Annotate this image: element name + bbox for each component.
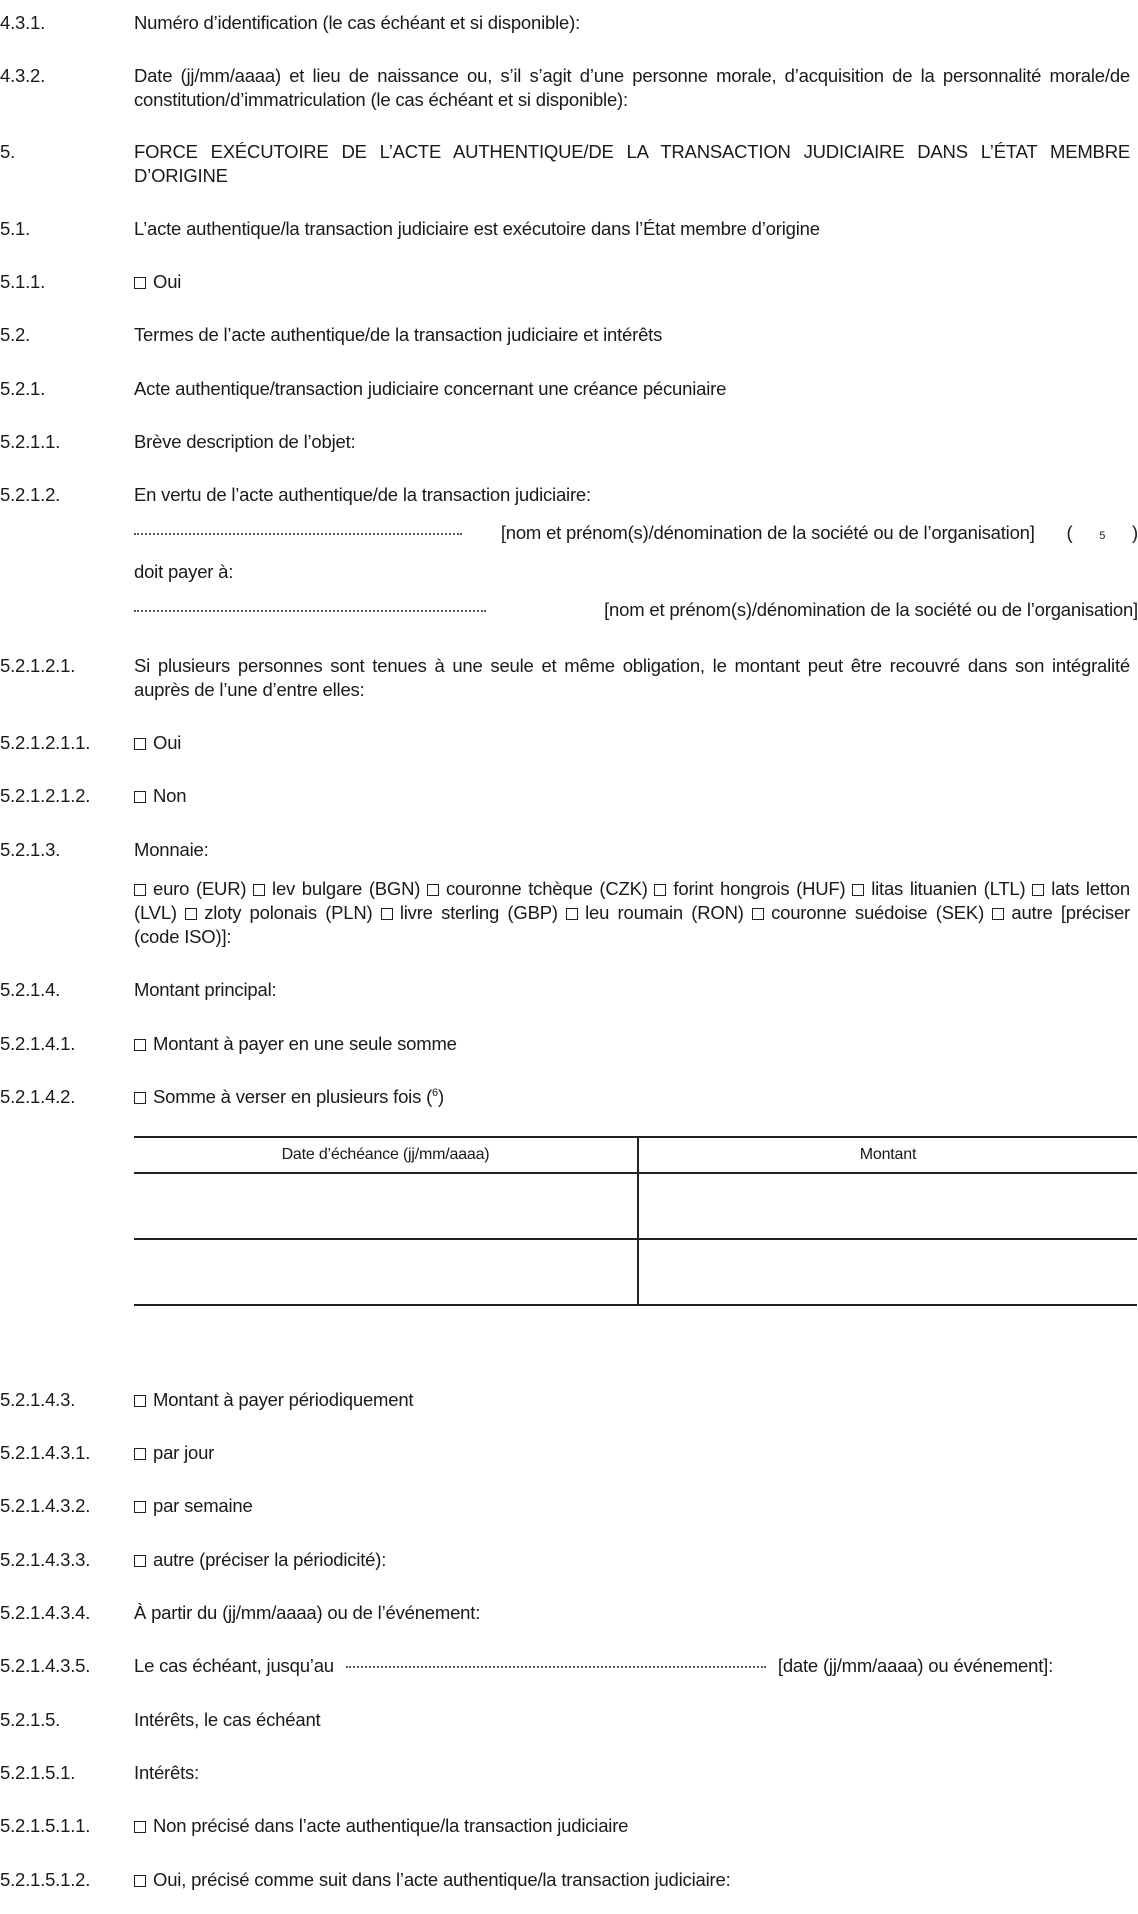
item-label: Brève description de l’objet:: [134, 431, 355, 452]
item-text: Montant à payer en une seule somme: [134, 1032, 1130, 1056]
item-number: 5.2.1.1.: [0, 430, 60, 454]
checkbox-5-2-1-4-1[interactable]: [134, 1039, 146, 1051]
checkbox-5-2-1-4-3-3[interactable]: [134, 1555, 146, 1567]
item-number: 5.2.1.4.2.: [0, 1085, 75, 1109]
currency-label: couronne tchèque (CZK): [446, 878, 648, 899]
checkbox-5-2-1-5-1-1[interactable]: [134, 1821, 146, 1833]
currency-option[interactable]: couronne suédoise (SEK): [752, 902, 984, 923]
item-text: Le cas échéant, jusqu’au[date (jj/mm/aaa…: [134, 1654, 1130, 1678]
column-header-due-date: Date d’échéance (jj/mm/aaaa): [134, 1137, 638, 1173]
party-label: [nom et prénom(s)/dénomination de la soc…: [604, 598, 1138, 622]
item-label: L’acte authentique/la transaction judici…: [134, 218, 820, 239]
item-text-after: [date (jj/mm/aaaa) ou événement]:: [778, 1654, 1053, 1678]
item-label: FORCE EXÉCUTOIRE DE L’ACTE AUTHENTIQUE/D…: [134, 141, 1130, 186]
item-number: 5.2.1.4.3.1.: [0, 1441, 90, 1465]
currency-label: couronne suédoise (SEK): [771, 902, 984, 923]
item-label: Monnaie:: [134, 839, 209, 860]
currency-label: lev bulgare (BGN): [272, 878, 420, 899]
item-number: 5.2.1.4.3.3.: [0, 1548, 90, 1572]
item-number: 5.2.1.2.1.1.: [0, 731, 90, 755]
fill-in-blank[interactable]: [134, 610, 486, 612]
item-number: 5.1.1.: [0, 270, 45, 294]
item-number: 5.2.1.5.1.1.: [0, 1814, 90, 1838]
currency-label: zloty polonais (PLN): [204, 902, 372, 923]
amount-cell[interactable]: [638, 1239, 1137, 1305]
item-label: Non: [153, 785, 186, 806]
item-number: 4.3.2.: [0, 64, 45, 88]
fill-in-blank[interactable]: [346, 1666, 766, 1668]
currency-checkbox[interactable]: [185, 908, 197, 920]
item-number: 5.2.1.4.3.4.: [0, 1601, 90, 1625]
item-text: Monnaie:: [134, 838, 1130, 862]
currency-checkbox[interactable]: [566, 908, 578, 920]
item-text: Oui, précisé comme suit dans l’acte auth…: [134, 1868, 1130, 1892]
item-text: Intérêts, le cas échéant: [134, 1708, 1130, 1732]
currency-option[interactable]: forint hongrois (HUF): [654, 878, 845, 899]
currency-option[interactable]: couronne tchèque (CZK): [427, 878, 648, 899]
item-text: Brève description de l’objet:: [134, 430, 1130, 454]
item-label: Si plusieurs personnes sont tenues à une…: [134, 655, 1130, 700]
item-text: Non: [134, 784, 1130, 808]
currency-checkbox[interactable]: [1032, 884, 1044, 896]
table-row: [134, 1173, 1137, 1239]
item-text: Oui: [134, 731, 1130, 755]
item-label: En vertu de l’acte authentique/de la tra…: [134, 484, 591, 505]
item-label: Montant à payer périodiquement: [153, 1389, 413, 1410]
item-text-before: Le cas échéant, jusqu’au: [134, 1654, 334, 1678]
currency-checkbox[interactable]: [752, 908, 764, 920]
item-number: 5.2.1.4.3.: [0, 1388, 75, 1412]
checkbox-5-2-1-4-3[interactable]: [134, 1395, 146, 1407]
checkbox-5-2-1-4-2[interactable]: [134, 1092, 146, 1104]
item-label: Somme à verser en plusieurs fois: [153, 1086, 421, 1107]
item-number: 5.2.1.2.1.2.: [0, 784, 90, 808]
checkbox-5-2-1-2-1-1[interactable]: [134, 738, 146, 750]
due-date-cell[interactable]: [134, 1239, 638, 1305]
currency-checkbox[interactable]: [992, 908, 1004, 920]
item-text: Montant à payer périodiquement: [134, 1388, 1130, 1412]
item-text: L’acte authentique/la transaction judici…: [134, 217, 1130, 241]
item-number: 5.2.1.: [0, 377, 45, 401]
item-label: Date (jj/mm/aaaa) et lieu de naissance o…: [134, 65, 1130, 110]
currency-label: euro (EUR): [153, 878, 246, 899]
item-label: Intérêts, le cas échéant: [134, 1709, 320, 1730]
column-header-amount: Montant: [638, 1137, 1137, 1173]
currency-checkbox[interactable]: [253, 884, 265, 896]
currency-label: leu roumain (RON): [585, 902, 744, 923]
item-number: 5.2.1.3.: [0, 838, 60, 862]
checkbox-5-2-1-4-3-1[interactable]: [134, 1448, 146, 1460]
checkbox-5-2-1-2-1-2[interactable]: [134, 791, 146, 803]
currency-checkbox[interactable]: [852, 884, 864, 896]
currency-option[interactable]: livre sterling (GBP): [381, 902, 558, 923]
item-label: Oui: [153, 732, 181, 753]
item-text: À partir du (jj/mm/aaaa) ou de l’événeme…: [134, 1601, 1130, 1625]
item-text: Montant principal:: [134, 978, 1130, 1002]
item-text: autre (préciser la périodicité):: [134, 1548, 1130, 1572]
checkbox-5-2-1-4-3-2[interactable]: [134, 1501, 146, 1513]
item-text: Termes de l’acte authentique/de la trans…: [134, 323, 1130, 347]
item-number: 5.2.1.2.: [0, 483, 60, 507]
footnote-ref[interactable]: 6: [432, 1087, 438, 1099]
item-text: Somme à verser en plusieurs fois (6): [134, 1085, 1130, 1109]
item-text: Oui: [134, 270, 1130, 294]
pay-to-label: doit payer à:: [134, 560, 1138, 584]
item-text: Acte authentique/transaction judiciaire …: [134, 377, 1130, 401]
item-number: 5.2.1.4.3.2.: [0, 1494, 90, 1518]
currency-option[interactable]: euro (EUR): [134, 878, 246, 899]
item-label: Intérêts:: [134, 1762, 199, 1783]
item-text: Intérêts:: [134, 1761, 1130, 1785]
currency-label: forint hongrois (HUF): [673, 878, 845, 899]
item-number: 5.2.1.2.1.: [0, 654, 75, 678]
creditor-line: [nom et prénom(s)/dénomination de la soc…: [134, 598, 1138, 622]
item-label: autre (préciser la périodicité):: [153, 1549, 386, 1570]
item-label: À partir du (jj/mm/aaaa) ou de l’événeme…: [134, 1602, 480, 1623]
amount-cell[interactable]: [638, 1173, 1137, 1239]
checkbox-5-1-1[interactable]: [134, 277, 146, 289]
currency-options: euro (EUR) lev bulgare (BGN) couronne tc…: [134, 877, 1130, 949]
item-text: Non précisé dans l’acte authentique/la t…: [134, 1814, 1130, 1838]
checkbox-5-2-1-5-1-2[interactable]: [134, 1875, 146, 1887]
item-label: Termes de l’acte authentique/de la trans…: [134, 324, 662, 345]
item-label: Numéro d’identification (le cas échéant …: [134, 12, 580, 33]
item-label: Montant à payer en une seule somme: [153, 1033, 457, 1054]
item-text: par jour: [134, 1441, 1130, 1465]
item-number: 5.2.1.5.: [0, 1708, 60, 1732]
party-label: [nom et prénom(s)/dénomination de la soc…: [501, 521, 1035, 545]
currency-option[interactable]: lev bulgare (BGN): [253, 878, 420, 899]
currency-checkbox[interactable]: [654, 884, 666, 896]
currency-option[interactable]: zloty polonais (PLN): [185, 902, 372, 923]
due-date-cell[interactable]: [134, 1173, 638, 1239]
item-label: par semaine: [153, 1495, 253, 1516]
item-text: Numéro d’identification (le cas échéant …: [134, 11, 1130, 35]
item-text: FORCE EXÉCUTOIRE DE L’ACTE AUTHENTIQUE/D…: [134, 140, 1130, 188]
table-header-row: Date d’échéance (jj/mm/aaaa) Montant: [134, 1137, 1137, 1173]
currency-checkbox[interactable]: [134, 884, 146, 896]
currency-checkbox[interactable]: [427, 884, 439, 896]
item-number: 5.2.1.4.: [0, 978, 60, 1002]
fill-in-blank[interactable]: [134, 533, 462, 535]
item-label: par jour: [153, 1442, 214, 1463]
item-number: 4.3.1.: [0, 11, 45, 35]
item-number: 5.1.: [0, 217, 30, 241]
item-number: 5.2.1.5.1.2.: [0, 1868, 90, 1892]
item-label: Oui: [153, 271, 181, 292]
item-label: Non précisé dans l’acte authentique/la t…: [153, 1815, 628, 1836]
item-text: En vertu de l’acte authentique/de la tra…: [134, 483, 1130, 507]
installments-table: Date d’échéance (jj/mm/aaaa) Montant: [134, 1136, 1137, 1306]
currency-checkbox[interactable]: [381, 908, 393, 920]
item-number: 5.2.1.4.1.: [0, 1032, 75, 1056]
currency-option[interactable]: litas lituanien (LTL): [852, 878, 1025, 899]
currency-option[interactable]: leu roumain (RON): [566, 902, 744, 923]
item-label: Acte authentique/transaction judiciaire …: [134, 378, 726, 399]
item-label: Oui, précisé comme suit dans l’acte auth…: [153, 1869, 731, 1890]
currency-label: livre sterling (GBP): [400, 902, 558, 923]
item-number: 5.2.: [0, 323, 30, 347]
debtor-line: [nom et prénom(s)/dénomination de la soc…: [134, 521, 1138, 545]
table-row: [134, 1239, 1137, 1305]
item-text: Si plusieurs personnes sont tenues à une…: [134, 654, 1130, 702]
item-number: 5.2.1.4.3.5.: [0, 1654, 90, 1678]
item-number: 5.2.1.5.1.: [0, 1761, 75, 1785]
item-text: Date (jj/mm/aaaa) et lieu de naissance o…: [134, 64, 1130, 112]
currency-label: litas lituanien (LTL): [871, 878, 1025, 899]
item-number: 5.: [0, 140, 15, 164]
item-text: par semaine: [134, 1494, 1130, 1518]
item-label: Montant principal:: [134, 979, 276, 1000]
